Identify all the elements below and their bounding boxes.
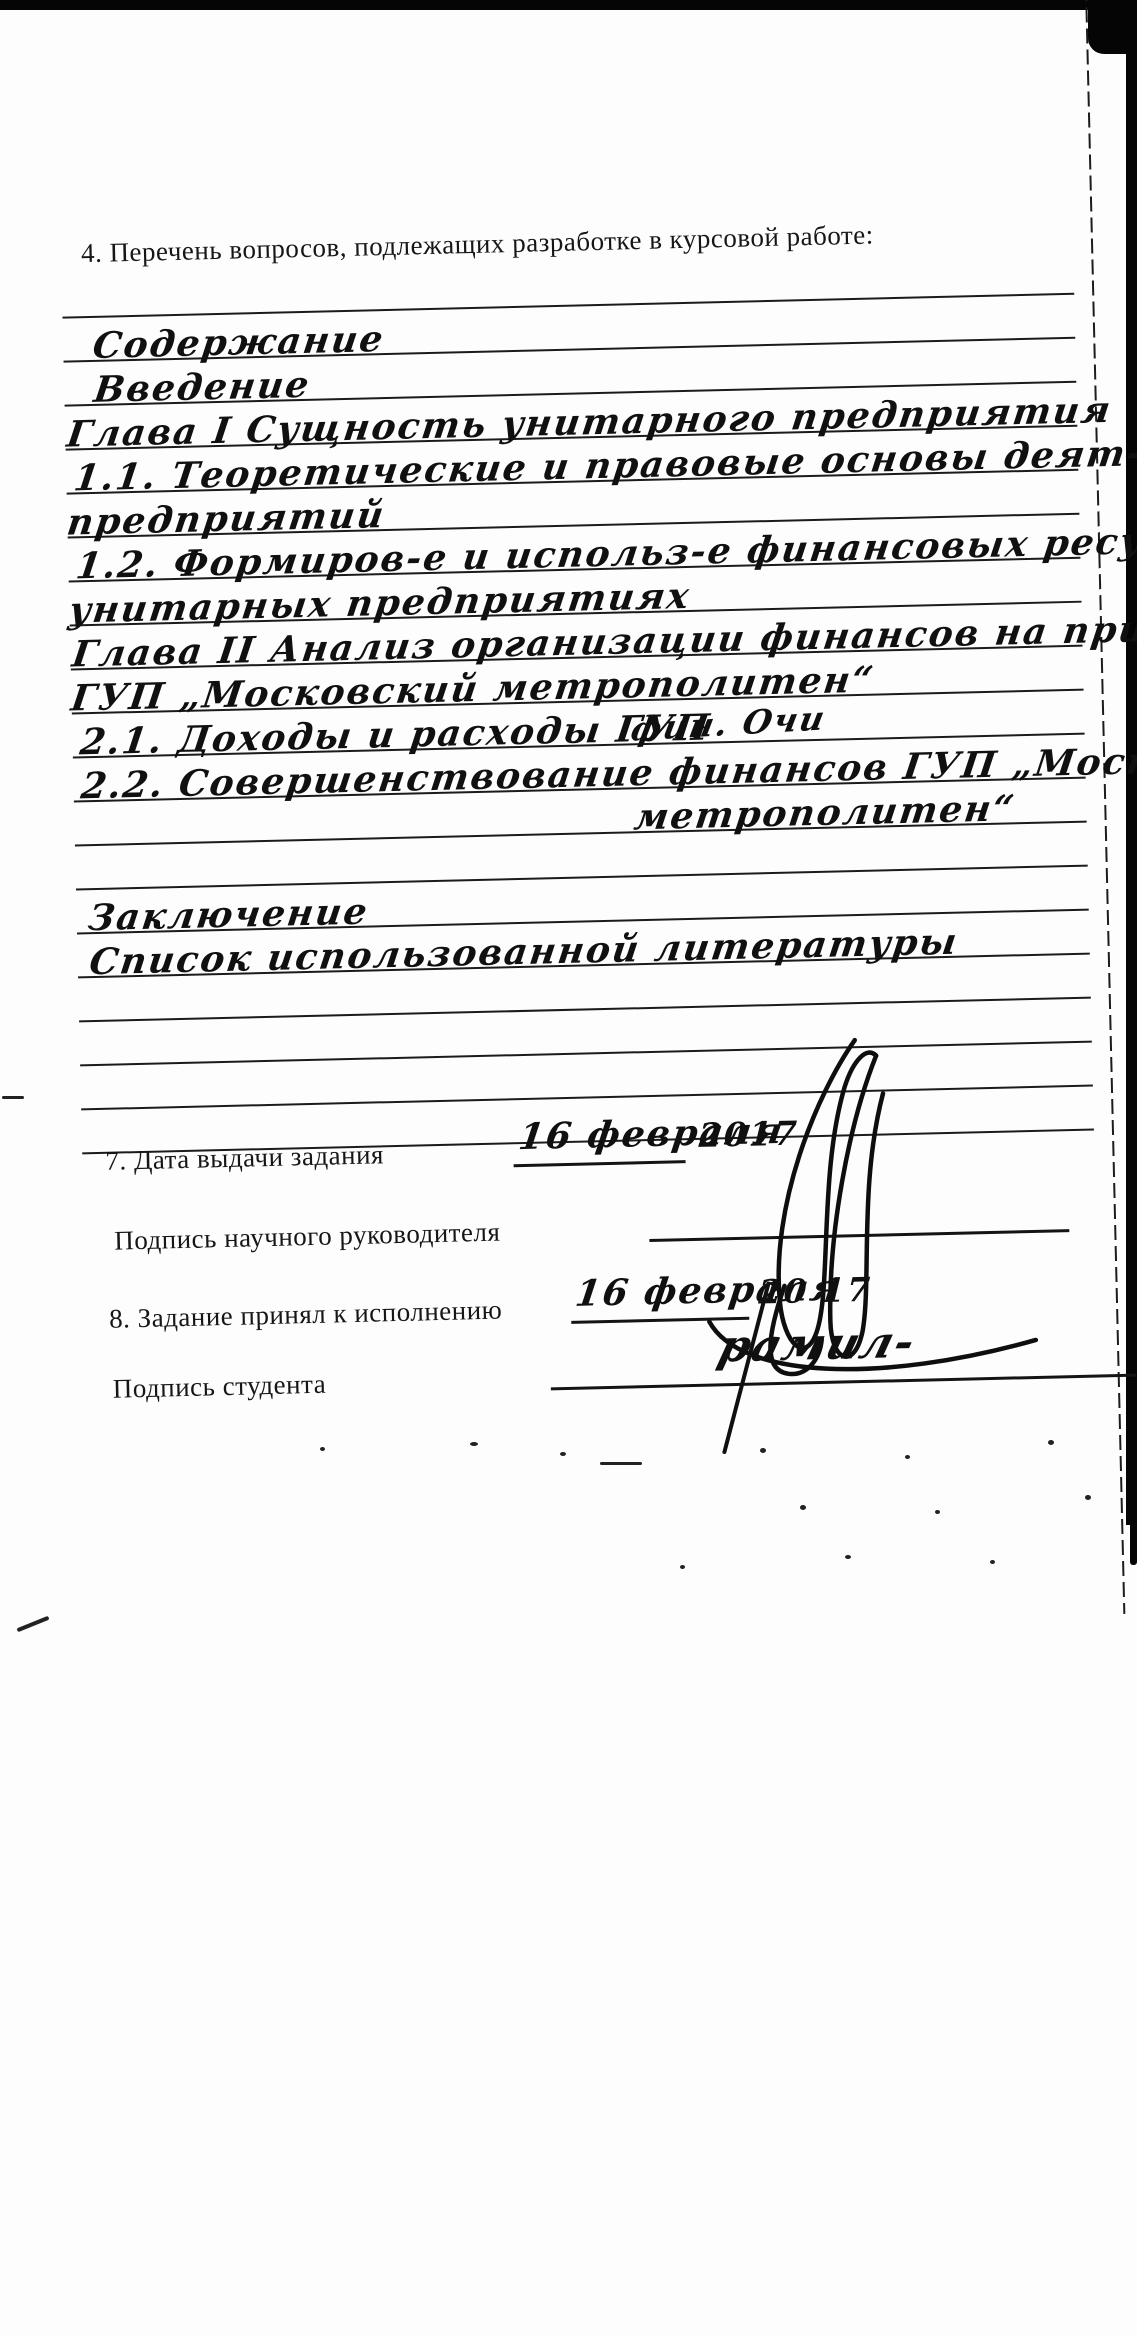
handwritten-entry: Содержание: [90, 318, 387, 367]
page-content: 4. Перечень вопросов, подлежащих разрабо…: [0, 0, 1137, 2336]
handwritten-entry: предприятий: [64, 494, 387, 544]
section7-heading: 7. Дата выдачи задания: [105, 1139, 384, 1177]
vertical-margin-line: [1085, 0, 1125, 1614]
supervisor-signature-label: Подпись научного руководителя: [114, 1217, 501, 1257]
section8-heading: 8. Задание принял к исполнению: [109, 1295, 503, 1335]
ruled-lines-block: Содержание Введение Глава I Сущность уни…: [61, 251, 1093, 1155]
handwritten-entry: Заключение: [86, 890, 372, 939]
student-signature-label: Подпись студента: [112, 1369, 326, 1405]
date-accepted-year: 20 17: [758, 1270, 873, 1312]
scanned-assignment-page: 4. Перечень вопросов, подлежащих разрабо…: [0, 0, 1137, 2337]
date-underline: [514, 1160, 686, 1167]
handwritten-entry: Введение: [91, 364, 313, 411]
